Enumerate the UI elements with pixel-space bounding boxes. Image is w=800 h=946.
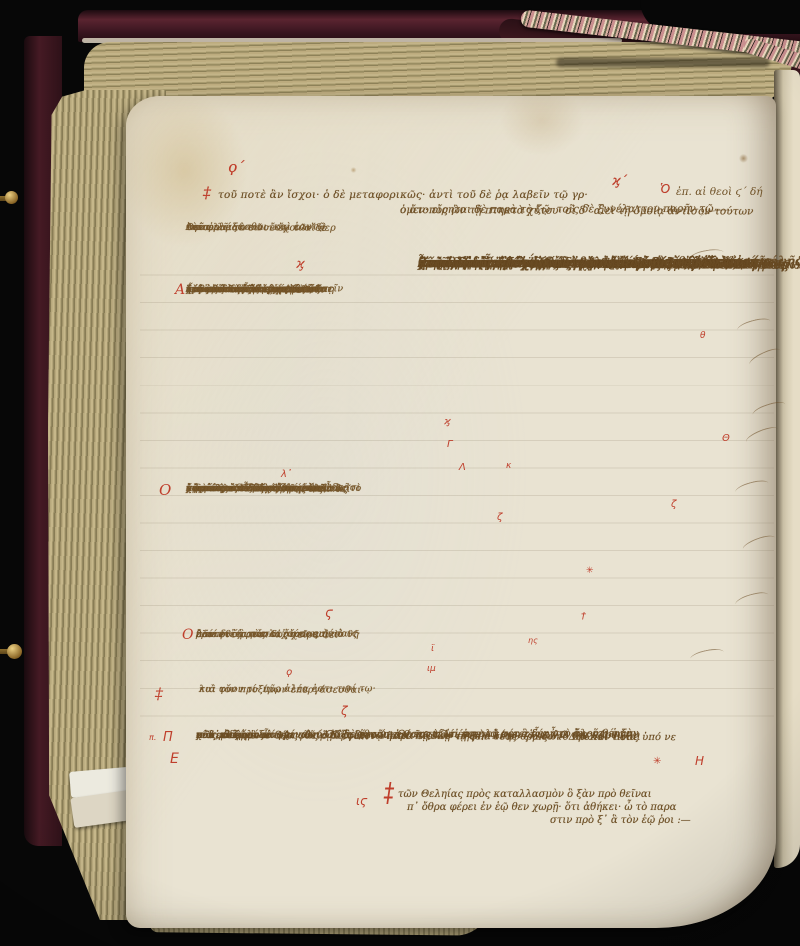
red-mark: ης: [528, 637, 538, 645]
red-mark: Π: [163, 731, 173, 744]
red-mark: π.: [149, 734, 156, 742]
red-mark: θ: [700, 332, 706, 341]
red-mark: ϗ: [444, 417, 451, 427]
red-mark: ζ: [671, 500, 676, 510]
ink-flourish: [734, 590, 770, 610]
rubric-line: τοῦ ποτὲ ἂν ἴσχοι· ὁ δὲ μεταφορικῶς· ἀντ…: [218, 189, 588, 201]
handwriting-layer: ϙ΄ ‡ τοῦ ποτὲ ἂν ἴσχοι· ὁ δὲ μεταφορικῶς…: [0, 0, 800, 946]
scholia-line: χαλ, ἀδεηλέξι·: [196, 729, 271, 742]
red-mark: ιμ: [427, 665, 436, 674]
paragraph-initial: Ο: [159, 481, 171, 499]
paragraph-initial: Α: [175, 282, 185, 298]
scholia-line: καὶ τὸν προξίμων ἐπεργάσεσθαι·: [199, 684, 365, 698]
red-mark: ✳: [653, 757, 661, 767]
gloss-line: ομεν· εἴρηται δὲ παρὰ τὸ ζῷ· τοῖς δὲ ξυν…: [400, 202, 714, 217]
scholia-line: σείπερ :-: [186, 222, 229, 235]
manuscript-photo: ϙ΄ ‡ τοῦ ποτὲ ἂν ἴσχοι· ὁ δὲ μεταφορικῶς…: [0, 0, 800, 946]
red-mark: ‡: [384, 779, 394, 806]
ink-flourish: [734, 478, 770, 497]
red-mark: ζ: [497, 513, 502, 523]
red-mark: λ᾽: [281, 470, 292, 480]
red-mark: ϊ: [431, 645, 434, 654]
scholia-line: παρὰ τὸ πᾶν πιστεύειν τοῦ: [186, 283, 321, 296]
red-mark: Ε: [170, 752, 179, 766]
red-mark: Η: [695, 755, 704, 767]
red-abbreviation: ϗ΄: [612, 175, 627, 188]
scholia-line: τῶν Θεληίας πρὸς καταλλασμὸν ὃ ξὰν πρὸ θ…: [398, 789, 652, 800]
red-mark: ϗ: [296, 258, 305, 271]
ink-flourish: [747, 345, 782, 369]
red-mark: ✳: [586, 567, 594, 576]
rubric-cross-initial: ‡: [203, 183, 211, 202]
rubric-line-end: ἐπ. αἱ θεοὶ ϛ΄ δή: [676, 186, 763, 198]
red-mark: Γ: [447, 440, 453, 450]
scholia-line: π᾽ ὄθρα φέρει ἐν ἑῷ θεν χωρῇ· ὅτι ἀθήκει…: [407, 802, 676, 813]
ink-flourish: [736, 316, 772, 335]
red-mark: κ: [506, 462, 511, 471]
ink-flourish: [741, 533, 777, 555]
red-mark: ϛ: [325, 607, 333, 620]
ink-flourish: [751, 399, 787, 420]
red-mark: ιϛ: [356, 795, 367, 807]
paragraph-cross-initial: ‡: [155, 684, 163, 703]
red-omicron: Ὁ: [660, 183, 670, 195]
paragraph-initial: Ο: [182, 627, 193, 643]
red-mark: Λ: [459, 463, 466, 473]
red-mark: Θ: [722, 434, 730, 444]
scholia-line: ἔρα· δι᾽ ἃ τὰς λαχούσας πάσαις·: [196, 628, 361, 641]
red-mark: ζ: [341, 705, 348, 717]
red-mark: †: [581, 612, 586, 622]
scholia-line: πτρέλα κεῖνι :-: [186, 483, 267, 496]
scholia-line: στιν πρὸ ξ᾽ ἃ τὸν ἑῷ ῥοι :—: [550, 815, 691, 826]
ink-flourish: [689, 647, 725, 665]
verse-line: ἐκπάγλοις ἐπέεσσιν ἐνισσέμεν οὓς τέκεν α…: [418, 249, 779, 278]
ink-flourish: [744, 424, 780, 447]
quire-mark: ϙ΄: [228, 158, 245, 176]
red-mark: ϙ: [286, 668, 292, 678]
